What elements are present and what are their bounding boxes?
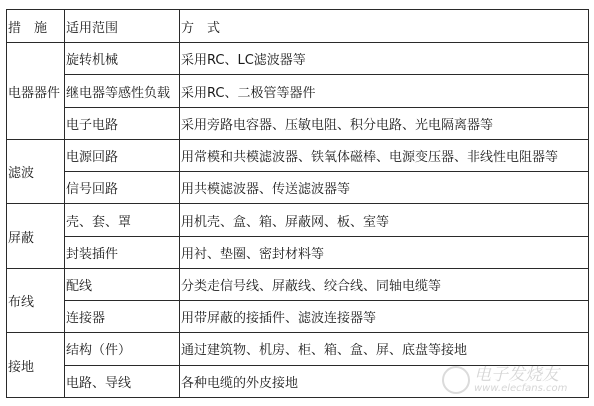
method-cell: 各种电缆的外皮接地	[180, 365, 589, 397]
method-cell: 采用RC、二极管等器件	[180, 75, 589, 107]
scope-cell: 壳、套、罩	[65, 204, 180, 236]
measure-cell: 滤波	[7, 139, 65, 203]
scope-cell: 配线	[65, 268, 180, 300]
table-row: 屏蔽 壳、套、罩 用机壳、盒、箱、屏蔽网、板、室等	[7, 204, 589, 236]
table-row: 布线 配线 分类走信号线、屏蔽线、绞合线、同轴电缆等	[7, 268, 589, 300]
measure-cell: 电器器件	[7, 43, 65, 140]
table-row: 信号回路 用共模滤波器、传送滤波器等	[7, 172, 589, 204]
method-cell: 用共模滤波器、传送滤波器等	[180, 172, 589, 204]
method-cell: 用衬、垫圈、密封材料等	[180, 236, 589, 268]
method-cell: 用机壳、盒、箱、屏蔽网、板、室等	[180, 204, 589, 236]
scope-cell: 电路、导线	[65, 365, 180, 397]
method-cell: 分类走信号线、屏蔽线、绞合线、同轴电缆等	[180, 268, 589, 300]
method-cell: 用带屏蔽的接插件、滤波连接器等	[180, 301, 589, 333]
emi-measures-table: 措 施 适用范围 方 式 电器器件 旋转机械 采用RC、LC滤波器等 继电器等感…	[6, 9, 589, 398]
scope-cell: 连接器	[65, 301, 180, 333]
table-row: 电子电路 采用旁路电容器、压敏电阻、积分电路、光电隔离器等	[7, 107, 589, 139]
scope-cell: 继电器等感性负载	[65, 75, 180, 107]
table-row: 电器器件 旋转机械 采用RC、LC滤波器等	[7, 43, 589, 75]
measure-cell: 接地	[7, 333, 65, 398]
table-row: 继电器等感性负载 采用RC、二极管等器件	[7, 75, 589, 107]
table-row: 滤波 电源回路 用常模和共模滤波器、铁氧体磁棒、电源变压器、非线性电阻器等	[7, 139, 589, 171]
header-measure: 措 施	[7, 10, 65, 43]
scope-cell: 封装插件	[65, 236, 180, 268]
header-scope: 适用范围	[65, 10, 180, 43]
measure-cell: 布线	[7, 268, 65, 332]
scope-cell: 电源回路	[65, 139, 180, 171]
table-row: 连接器 用带屏蔽的接插件、滤波连接器等	[7, 301, 589, 333]
table-row: 接地 结构（件） 通过建筑物、机房、柜、箱、盒、屏、底盘等接地	[7, 333, 589, 365]
table-row: 封装插件 用衬、垫圈、密封材料等	[7, 236, 589, 268]
method-cell: 用常模和共模滤波器、铁氧体磁棒、电源变压器、非线性电阻器等	[180, 139, 589, 171]
scope-cell: 电子电路	[65, 107, 180, 139]
method-cell: 通过建筑物、机房、柜、箱、盒、屏、底盘等接地	[180, 333, 589, 365]
method-cell: 采用旁路电容器、压敏电阻、积分电路、光电隔离器等	[180, 107, 589, 139]
table-row: 电路、导线 各种电缆的外皮接地	[7, 365, 589, 397]
method-cell: 采用RC、LC滤波器等	[180, 43, 589, 75]
scope-cell: 信号回路	[65, 172, 180, 204]
scope-cell: 结构（件）	[65, 333, 180, 365]
measure-cell: 屏蔽	[7, 204, 65, 268]
scope-cell: 旋转机械	[65, 43, 180, 75]
table-header-row: 措 施 适用范围 方 式	[7, 10, 589, 43]
header-method: 方 式	[180, 10, 589, 43]
